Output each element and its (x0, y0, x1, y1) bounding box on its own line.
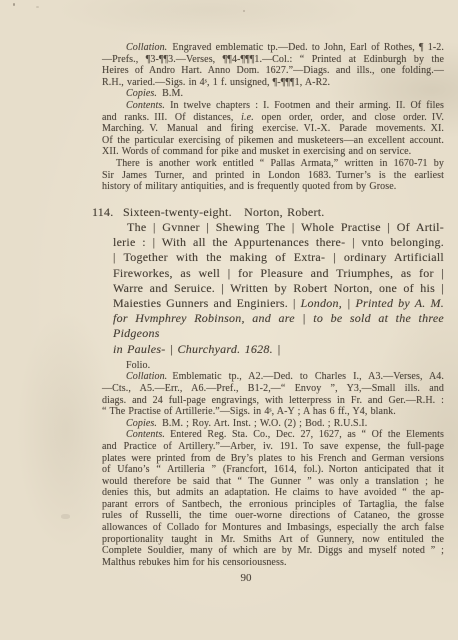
text-run: plates were printed from de Bry’s plates… (102, 453, 444, 464)
text-run: i.e. (241, 112, 254, 123)
ink-speck (243, 10, 245, 12)
text-run: lerie : | With all the Appurtenances the… (113, 235, 444, 249)
text-line: Marching. V. Manual and firing exercise.… (102, 123, 444, 135)
text-run: Entered Reg. Sta. Co., Dec. 27, 1627, as… (165, 429, 444, 440)
text-line: Malthus rebukes him for his censoriousne… (102, 557, 444, 569)
paragraph-note-turner: There is another work entitled “ Pallas … (102, 158, 444, 193)
text-run: would therefore be said that “ The Gunne… (102, 476, 444, 487)
text-line: denies this, but admits an adaptation. H… (102, 487, 444, 499)
text-line: proportionality taught in Mr. Smiths Art… (102, 534, 444, 546)
text-run: Copies. (126, 88, 157, 99)
text-run: diags. and 24 full-page engravings, with… (102, 395, 444, 406)
text-line: Heires of Andro Hart. Anno Dom. 1627.”—D… (102, 65, 444, 77)
text-run: in Paules- | Churchyard. 1628. | (113, 342, 281, 356)
text-line: Collation. Engraved emblematic tp.—Ded. … (102, 42, 444, 54)
text-run: —Cts., A5.—Err., A6.—Pref., B1-2,—“ Envo… (102, 383, 444, 394)
text-run: Of the particular exercising of pikemen … (102, 135, 444, 146)
ink-speck (61, 514, 70, 519)
text-line: Copies. B.M. (102, 88, 444, 100)
page-number: 90 (75, 572, 417, 584)
text-run: Marching. V. Manual and firing exercise.… (102, 123, 444, 134)
text-run: Collation. (126, 42, 167, 53)
text-run: Fireworkes, as well | for Pleasure and T… (113, 266, 444, 280)
text-line: —Cts., A5.—Err., A6.—Pref., B1-2,—“ Envo… (102, 383, 444, 395)
text-run: Contents. (126, 100, 165, 111)
text-run: of Ufano’s “ Artilleria ” (Francfort, 16… (102, 464, 444, 475)
text-run: Complete Souldier, many of which are by … (102, 545, 444, 556)
text-line: Contents. Entered Reg. Sta. Co., Dec. 27… (102, 429, 444, 441)
text-run: Emblematic tp., A2.—Ded. to Charles I., … (167, 371, 444, 382)
text-run: R.H., varied.—Sigs. in 4ˢ, 1 f. unsigned… (102, 77, 330, 88)
text-run: Folio. (126, 360, 150, 371)
text-line: Complete Souldier, many of which are by … (102, 545, 444, 557)
text-line: allowances of Collado for Montures and I… (102, 522, 444, 534)
text-run: Sir James Turner, and printed in London … (102, 170, 444, 181)
text-line: Of the particular exercising of pikemen … (102, 135, 444, 147)
text-line: Collation. Emblematic tp., A2.—Ded. to C… (102, 371, 444, 383)
text-run: London, | Printed by A. M. (301, 296, 444, 310)
text-run: Warre and Seruice. | Written by Robert N… (113, 281, 444, 295)
ink-speck (36, 6, 39, 8)
text-line: R.H., varied.—Sigs. in 4ˢ, 1 f. unsigned… (102, 77, 444, 89)
text-run: B.M. ; Roy. Art. Inst. ; W.O. (2) ; Bod.… (157, 418, 367, 429)
text-run: The | Gvnner | Shewing The | Whole Pract… (127, 220, 444, 234)
text-line: diags. and 24 full-page engravings, with… (102, 395, 444, 407)
text-run: proportionality taught in Mr. Smiths Art… (102, 534, 444, 545)
text-run: “ The Practise of Artillerie.”—Sigs. in … (102, 406, 396, 417)
entry-heading-text: Sixteen-twenty-eight. Norton, Robert. (123, 205, 325, 219)
text-column: Collation. Engraved emblematic tp.—Ded. … (102, 0, 444, 584)
entry-number: 114. (92, 205, 114, 220)
text-line: Folio. (102, 360, 444, 372)
text-line: in Paules- | Churchyard. 1628. | (113, 342, 444, 357)
text-run: Engraved emblematic tp.—Ded. to John, Ea… (167, 42, 444, 53)
text-line: of Ufano’s “ Artilleria ” (Francfort, 16… (102, 464, 444, 476)
text-run: open order, order, and close order. IV. (254, 112, 444, 123)
text-run: parant errors of Santbech, the erronious… (102, 499, 444, 510)
text-line: and ranks. III. Of distances, i.e. open … (102, 112, 444, 124)
paragraph-contents-1: Contents. In twelve chapters : I. Footme… (102, 100, 444, 158)
text-run: There is another work entitled “ Pallas … (116, 158, 444, 169)
text-run: allowances of Collado for Montures and I… (102, 522, 444, 533)
paragraph-contents-2: Contents. Entered Reg. Sta. Co., Dec. 27… (102, 429, 444, 568)
text-run: Collation. (126, 371, 167, 382)
paragraph-copies-2: Copies. B.M. ; Roy. Art. Inst. ; W.O. (2… (102, 418, 444, 430)
paragraph-collation-1: Collation. Engraved emblematic tp.—Ded. … (102, 42, 444, 88)
text-run: history of military antiquities, and is … (102, 181, 396, 192)
text-line: Sir James Turner, and printed in London … (102, 170, 444, 182)
text-line: “ The Practise of Artillerie.”—Sigs. in … (102, 406, 444, 418)
text-run: and ranks. III. Of distances, (102, 112, 241, 123)
text-line: Contents. In twelve chapters : I. Footme… (102, 100, 444, 112)
text-run: | Together with the making of Extra- | o… (113, 250, 444, 264)
paragraph-collation-2: Collation. Emblematic tp., A2.—Ded. to C… (102, 371, 444, 417)
ink-speck (13, 3, 15, 6)
text-line: —Prefs., ¶3-¶¶3.—Verses, ¶¶4-¶¶¶1.—Col.:… (102, 54, 444, 66)
text-run: Malthus rebukes him for his censoriousne… (102, 557, 287, 568)
text-line: parant errors of Santbech, the erronious… (102, 499, 444, 511)
book-page: Collation. Engraved emblematic tp.—Ded. … (0, 0, 458, 640)
text-line: There is another work entitled “ Pallas … (102, 158, 444, 170)
text-line: Warre and Seruice. | Written by Robert N… (113, 281, 444, 296)
text-line: and Practice of Artillery.”—Arber, iv. 1… (102, 441, 444, 453)
text-run: Contents. (126, 429, 165, 440)
text-run: for Hvmphrey Robinson, and are | to be s… (113, 311, 444, 340)
text-run: XII. Words of command for pike and muske… (102, 146, 411, 157)
text-line: lerie : | With all the Appurtenances the… (113, 235, 444, 250)
text-run: —Prefs., ¶3-¶¶3.—Verses, ¶¶4-¶¶¶1.—Col.:… (102, 54, 444, 65)
text-line: rules of Russelli, the time ouer-worne d… (102, 510, 444, 522)
text-line: | Together with the making of Extra- | o… (113, 250, 444, 265)
text-run: denies this, but admits an adaptation. H… (102, 487, 444, 498)
text-line: history of military antiquities, and is … (102, 181, 444, 193)
paragraph-copies-1: Copies. B.M. (102, 88, 444, 100)
paragraph-format: Folio. (102, 360, 444, 372)
text-run: B.M. (157, 88, 183, 99)
paragraph-title-transcript: The | Gvnner | Shewing The | Whole Pract… (113, 220, 444, 357)
text-line: Maiesties Gunners and Enginiers. | Londo… (113, 296, 444, 311)
text-line: XII. Words of command for pike and muske… (102, 146, 444, 158)
entry-heading: 114. Sixteen-twenty-eight. Norton, Rober… (113, 205, 444, 220)
text-run: In twelve chapters : I. Footmen and thei… (165, 100, 444, 111)
text-run: Heires of Andro Hart. Anno Dom. 1627.”—D… (102, 65, 444, 76)
text-run: Copies. (126, 418, 157, 429)
text-run: rules of Russelli, the time ouer-worne d… (102, 510, 444, 521)
text-run: Maiesties Gunners and Enginiers. | (113, 296, 301, 310)
text-line: Fireworkes, as well | for Pleasure and T… (113, 266, 444, 281)
text-line: for Hvmphrey Robinson, and are | to be s… (113, 311, 444, 341)
text-line: Copies. B.M. ; Roy. Art. Inst. ; W.O. (2… (102, 418, 444, 430)
text-run: and Practice of Artillery.”—Arber, iv. 1… (102, 441, 444, 452)
text-line: The | Gvnner | Shewing The | Whole Pract… (113, 220, 444, 235)
text-line: plates were printed from de Bry’s plates… (102, 453, 444, 465)
text-line: would therefore be said that “ The Gunne… (102, 476, 444, 488)
